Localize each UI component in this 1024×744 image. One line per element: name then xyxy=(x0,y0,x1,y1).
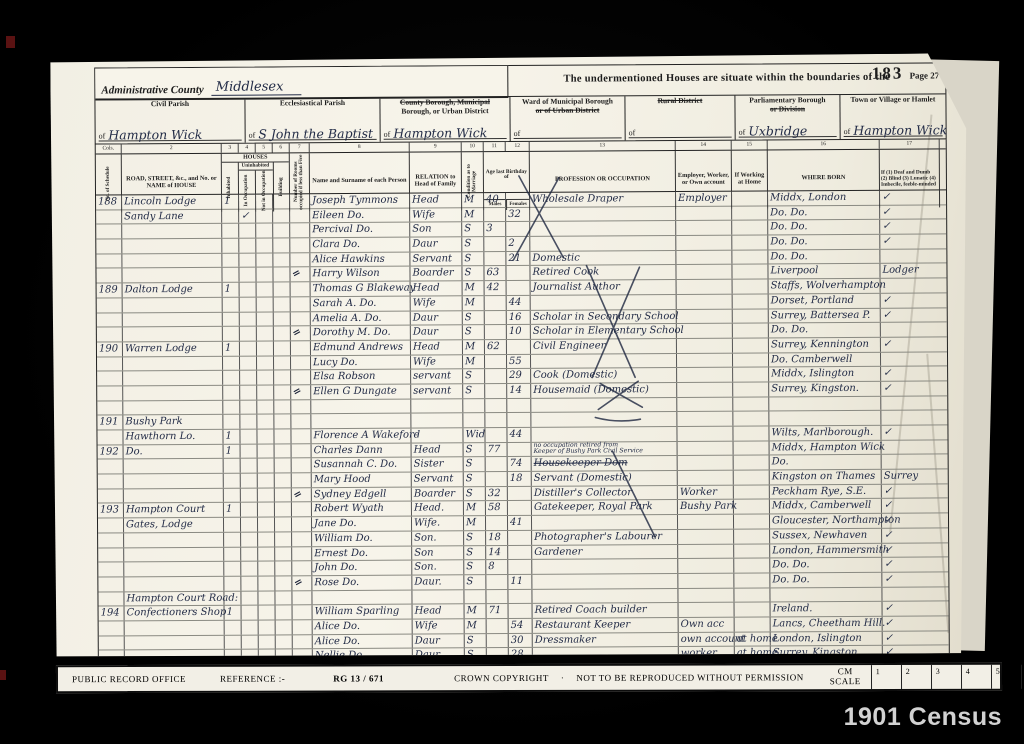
uninhabited-in-occupation-mark xyxy=(240,386,257,400)
uninhabited-in-occupation-mark xyxy=(240,356,257,370)
where-born: Do. Do. xyxy=(770,558,882,572)
header-field: Civil ParishofHampton Wick xyxy=(95,99,245,144)
reproduction-notice: NOT TO BE REPRODUCED WITHOUT PERMISSION xyxy=(576,672,803,683)
relation: Son. xyxy=(412,560,464,574)
rooms xyxy=(291,341,311,355)
uninhabited-in-occupation-mark: ✓ xyxy=(239,209,256,223)
address: Confectioners Shop xyxy=(125,606,225,620)
rooms xyxy=(293,605,313,619)
age-female xyxy=(508,560,532,574)
census-table: Cols.234567891011121314151617 No. of Sch… xyxy=(95,139,950,692)
person-name xyxy=(312,590,412,604)
occupation xyxy=(530,207,676,222)
occupation xyxy=(532,515,678,530)
age-female: 54 xyxy=(509,619,533,633)
page-stamp: 183 Page 27 xyxy=(872,63,940,83)
infirmity-mark: ✓ xyxy=(880,190,940,204)
address: Gates, Lodge xyxy=(124,518,224,532)
employer-status xyxy=(677,324,733,338)
condition xyxy=(463,413,485,427)
rooms xyxy=(292,532,312,546)
uninhabited-in-occupation-mark xyxy=(241,444,258,458)
age-male: 8 xyxy=(486,560,508,574)
rooms xyxy=(292,547,312,561)
schedule-no: 190 xyxy=(97,342,123,356)
building-mark xyxy=(276,635,293,649)
rooms xyxy=(292,503,312,517)
inhabited-mark xyxy=(223,297,240,311)
person-name: Edmund Andrews xyxy=(311,340,411,354)
age-male xyxy=(485,325,507,339)
header-field-label: Ward of Municipal Boroughor of Urban Dis… xyxy=(513,97,621,115)
infirmity-mark: ✓ xyxy=(881,425,941,439)
building-mark xyxy=(275,473,292,487)
person-name: Amelia A. Do. xyxy=(311,311,411,325)
column-number: 7 xyxy=(290,143,310,152)
employer-status xyxy=(677,339,733,353)
header-field-label: Parliamentary Boroughor Division xyxy=(738,96,836,114)
header-field-label: Civil Parish xyxy=(98,100,241,109)
person-name: Sydney Edgell xyxy=(312,487,412,501)
address: Lincoln Lodge xyxy=(122,195,222,209)
occupation: Civil Engineer xyxy=(531,339,677,354)
age-female xyxy=(508,501,532,515)
header-field-value: ofHampton Wick xyxy=(99,125,242,142)
inhabited-mark xyxy=(222,239,239,253)
building-mark xyxy=(276,606,293,620)
building-mark xyxy=(274,327,291,341)
relation: Head. xyxy=(412,502,464,516)
infirmity-mark: Surrey xyxy=(882,469,942,483)
working-at-home xyxy=(733,280,769,294)
occupation: Photographer's Labourer xyxy=(532,530,678,545)
occupation: Domestic xyxy=(530,251,676,266)
address xyxy=(122,239,222,253)
age-female xyxy=(506,222,530,236)
working-at-home xyxy=(734,559,770,573)
where-born: Do. Do. xyxy=(768,235,880,249)
infirmity-mark: ✓ xyxy=(880,205,940,219)
infirmity-mark: ✓ xyxy=(882,484,942,498)
address xyxy=(124,577,224,591)
rooms: = xyxy=(290,268,310,282)
column-number: 11 xyxy=(484,142,506,151)
working-at-home xyxy=(734,529,770,543)
employer-status xyxy=(678,588,734,602)
uninhabited-in-occupation-mark xyxy=(241,532,258,546)
uninhabited-not-occupied-mark xyxy=(258,518,275,532)
uninhabited-not-occupied-mark xyxy=(257,429,274,443)
employer-status xyxy=(677,294,733,308)
building-mark xyxy=(276,620,293,634)
inhabited-mark xyxy=(224,474,241,488)
address xyxy=(124,533,224,547)
age-male xyxy=(487,619,509,633)
working-at-home xyxy=(733,324,769,338)
age-male xyxy=(486,590,508,604)
person-name: Dorothy M. Do. xyxy=(311,326,411,340)
building-mark xyxy=(275,547,292,561)
age-male xyxy=(484,252,506,266)
rooms: = xyxy=(291,385,311,399)
condition: S xyxy=(462,252,484,266)
column-number: 13 xyxy=(530,141,676,151)
person-name: Rose Do. xyxy=(312,575,412,589)
working-at-home xyxy=(732,250,768,264)
occupation: Gatekeeper, Royal Park xyxy=(532,500,678,515)
column-number: 5 xyxy=(256,143,273,152)
public-record-office-label: PUBLIC RECORD OFFICE xyxy=(72,674,186,684)
employer-status: Bushy Park xyxy=(678,500,734,514)
employer-status xyxy=(676,250,732,264)
where-born: Do. Do. xyxy=(769,323,881,337)
occupation: Journalist Author xyxy=(531,280,677,295)
relation: Head xyxy=(413,605,465,619)
schedule-no xyxy=(98,563,124,577)
condition: M xyxy=(463,340,485,354)
address xyxy=(125,635,225,649)
rooms xyxy=(292,591,312,605)
header-field: Rural Districtof xyxy=(625,96,735,141)
address xyxy=(123,356,223,370)
rooms xyxy=(290,209,310,223)
infirmity-mark xyxy=(882,440,942,454)
age-male xyxy=(485,399,507,413)
age-female xyxy=(508,443,532,457)
schedule-no xyxy=(98,548,124,562)
working-at-home xyxy=(733,397,769,411)
working-at-home xyxy=(732,191,768,205)
building-mark xyxy=(275,503,292,517)
uninhabited-in-occupation-mark xyxy=(241,474,258,488)
inhabited-mark xyxy=(223,356,240,370)
relation: Daur xyxy=(411,311,463,325)
employer-status: Employer xyxy=(676,192,732,206)
uninhabited-not-occupied-mark xyxy=(256,239,273,253)
condition: Wid xyxy=(463,428,485,442)
employer-status xyxy=(677,280,733,294)
working-at-home xyxy=(733,353,769,367)
schedule-no xyxy=(97,401,123,415)
address xyxy=(122,254,222,268)
occupation: Servant (Domestic) xyxy=(532,471,678,486)
person-name: Mary Hood xyxy=(312,473,412,487)
condition: S xyxy=(464,443,486,457)
address: Hampton Court xyxy=(124,503,224,517)
uninhabited-not-occupied-mark xyxy=(257,283,274,297)
relation: servant xyxy=(411,370,463,384)
working-at-home xyxy=(733,309,769,323)
employer-status xyxy=(677,397,733,411)
rooms xyxy=(291,356,311,370)
building-mark xyxy=(274,415,291,429)
condition: S xyxy=(464,560,486,574)
age-female: 2 xyxy=(506,237,530,251)
inhabited-mark xyxy=(223,327,240,341)
age-female: 41 xyxy=(508,516,532,530)
employer-status xyxy=(676,265,732,279)
column-number: 14 xyxy=(676,141,732,150)
where-born: Middx, Hampton Wick xyxy=(770,440,882,454)
uninhabited-in-occupation-mark xyxy=(239,224,256,238)
where-born: Sussex, Newhaven xyxy=(770,529,882,543)
employer-status xyxy=(676,221,732,235)
infirmity-mark xyxy=(882,587,942,601)
age-female xyxy=(506,193,530,207)
header-fields-row: Civil ParishofHampton WickEcclesiastical… xyxy=(95,94,945,143)
separator-dot: · xyxy=(561,673,565,683)
red-fleck-top xyxy=(6,36,15,48)
working-at-home xyxy=(733,294,769,308)
address: Hampton Court Road: xyxy=(124,591,224,605)
occupation: Scholar in Elementary School xyxy=(531,324,677,339)
relation: Servant xyxy=(410,252,462,266)
header-field-value: ofHampton Wick xyxy=(844,120,943,137)
inhabited-mark xyxy=(223,312,240,326)
header-field: Ward of Municipal Boroughor of Urban Dis… xyxy=(510,96,625,141)
schedule-no xyxy=(99,636,125,650)
occupation: Distiller's Collector xyxy=(532,486,678,501)
column-number: 9 xyxy=(410,142,462,151)
where-born: Peckham Rye, S.E. xyxy=(770,484,882,498)
uninhabited-not-occupied-mark xyxy=(258,444,275,458)
person-name: William Do. xyxy=(312,531,412,545)
inhabited-mark xyxy=(222,224,239,238)
census-watermark: 1901 Census xyxy=(844,703,1002,732)
relation: Son xyxy=(410,223,462,237)
schedule-no xyxy=(96,269,122,283)
inhabited-mark xyxy=(224,577,241,591)
employer-status: Worker xyxy=(678,485,734,499)
uninhabited-in-occupation-mark xyxy=(241,488,258,502)
rooms xyxy=(290,253,310,267)
uninhabited-in-occupation-mark xyxy=(240,312,257,326)
person-name xyxy=(311,414,411,428)
houses-group-label: HOUSES xyxy=(222,153,289,162)
schedule-no xyxy=(96,239,122,253)
crown-copyright-label: CROWN COPYRIGHT xyxy=(454,673,549,683)
cm-scale-ruler: 123456 xyxy=(871,665,1024,689)
occupation xyxy=(532,559,678,574)
inhabited-mark xyxy=(222,268,239,282)
uninhabited-not-occupied-mark xyxy=(258,547,275,561)
schedule-no xyxy=(96,225,122,239)
scale-unit: 4 xyxy=(962,665,992,689)
age-female xyxy=(508,545,532,559)
person-name: Robert Wyath xyxy=(312,502,412,516)
infirmity-mark: ✓ xyxy=(880,220,940,234)
infirmity-mark xyxy=(882,455,942,469)
address xyxy=(124,459,224,473)
condition: M xyxy=(463,296,485,310)
condition: S xyxy=(463,325,485,339)
inhabited-mark xyxy=(225,635,242,649)
condition xyxy=(463,399,485,413)
infirmity-mark: ✓ xyxy=(883,602,943,616)
occupation: Dressmaker xyxy=(533,633,679,648)
person-name xyxy=(311,399,411,413)
building-mark xyxy=(273,209,290,223)
header-field: County Borough, MunicipalBorough, or Urb… xyxy=(380,97,510,142)
where-born: Surrey, Kingston. xyxy=(769,382,881,396)
building-mark xyxy=(273,238,290,252)
administrative-county-value: Middlesex xyxy=(212,79,302,96)
age-female: 14 xyxy=(507,384,531,398)
header-field-value: of xyxy=(629,122,732,139)
inhabited-mark xyxy=(223,400,240,414)
column-number: 17 xyxy=(880,139,940,148)
relation: Head xyxy=(412,443,464,457)
uninhabited-not-occupied-mark xyxy=(257,385,274,399)
employer-status xyxy=(677,383,733,397)
schedule-no xyxy=(97,298,123,312)
schedule-no xyxy=(97,372,123,386)
age-male: 42 xyxy=(485,281,507,295)
age-female xyxy=(509,604,533,618)
age-female xyxy=(506,266,530,280)
uninhabited-in-occupation-mark xyxy=(242,620,259,634)
employer-status xyxy=(678,515,734,529)
age-female xyxy=(508,487,532,501)
schedule-no: 194 xyxy=(99,607,125,621)
building-mark xyxy=(274,341,291,355)
where-born xyxy=(770,587,882,601)
condition: S xyxy=(465,634,487,648)
occupation xyxy=(531,427,677,442)
age-male xyxy=(486,457,508,471)
condition: M xyxy=(463,281,485,295)
occupation xyxy=(531,412,677,427)
condition: M xyxy=(463,355,485,369)
working-at-home xyxy=(734,456,770,470)
schedule-no xyxy=(98,489,124,503)
uninhabited-not-occupied-mark xyxy=(258,474,275,488)
infirmity-mark: ✓ xyxy=(883,631,943,645)
column-number: 4 xyxy=(239,144,256,153)
rooms xyxy=(292,444,312,458)
uninhabited-not-occupied-mark xyxy=(256,224,273,238)
address xyxy=(123,400,223,414)
infirmity-mark: ✓ xyxy=(881,308,941,322)
age-male xyxy=(484,237,506,251)
infirmity-mark xyxy=(880,249,940,263)
infirmity-mark: ✓ xyxy=(881,367,941,381)
uninhabited-in-occupation-mark xyxy=(241,459,258,473)
age-female xyxy=(508,531,532,545)
uninhabited-in-occupation-mark xyxy=(240,297,257,311)
building-mark xyxy=(273,253,290,267)
age-female: 44 xyxy=(507,296,531,310)
age-male: 62 xyxy=(485,340,507,354)
working-at-home xyxy=(733,382,769,396)
uninhabited-not-occupied-mark xyxy=(256,253,273,267)
working-at-home xyxy=(734,485,770,499)
condition: S xyxy=(462,267,484,281)
age-female xyxy=(507,413,531,427)
address: Warren Lodge xyxy=(123,342,223,356)
rooms xyxy=(291,415,311,429)
schedule-no xyxy=(99,621,125,635)
schedule-no xyxy=(98,460,124,474)
schedule-no: 192 xyxy=(98,445,124,459)
uninhabited-not-occupied-mark xyxy=(256,209,273,223)
working-at-home: at home xyxy=(735,632,771,646)
age-female xyxy=(507,281,531,295)
inhabited-mark: 1 xyxy=(224,503,241,517)
uninhabited-in-occupation-mark xyxy=(240,430,257,444)
address xyxy=(123,312,223,326)
address xyxy=(125,621,225,635)
header-field-handwriting: Hampton Wick xyxy=(393,125,487,141)
header-field-label: Rural District xyxy=(628,97,731,106)
building-mark xyxy=(274,429,291,443)
schedule-no: 193 xyxy=(98,504,124,518)
person-name: Thomas G Blakeway xyxy=(311,282,411,296)
schedule-no: 191 xyxy=(97,416,123,430)
inhabited-mark xyxy=(224,591,241,605)
uninhabited-not-occupied-mark xyxy=(259,620,276,634)
employer-status xyxy=(678,529,734,543)
age-female: 18 xyxy=(508,472,532,486)
building-mark xyxy=(275,459,292,473)
schedule-no xyxy=(98,592,124,606)
where-born: Do. Do. xyxy=(770,573,882,587)
age-male xyxy=(484,208,506,222)
working-at-home xyxy=(735,603,771,617)
reference-number: RG 13 / 671 xyxy=(333,673,384,683)
building-mark xyxy=(275,591,292,605)
uninhabited-not-occupied-mark xyxy=(257,297,274,311)
rooms xyxy=(291,282,311,296)
condition: S xyxy=(464,472,486,486)
column-number: 12 xyxy=(506,142,530,151)
uninhabited-in-occupation-mark xyxy=(242,606,259,620)
uninhabited-in-occupation-mark xyxy=(241,547,258,561)
uninhabited-label: Uninhabited xyxy=(238,162,272,170)
employer-status xyxy=(677,309,733,323)
header-field-label: Town or Village or Hamlet xyxy=(843,95,942,104)
stamp-number: 183 xyxy=(872,64,904,83)
column-headers: No. of Schedule ROAD, STREET, &c., and N… xyxy=(96,149,946,195)
employer-status xyxy=(678,441,734,455)
relation: Head xyxy=(411,281,463,295)
relation xyxy=(412,590,464,604)
inhabited-mark xyxy=(224,547,241,561)
uninhabited-in-occupation-mark xyxy=(241,562,258,576)
uninhabited-in-occupation-mark xyxy=(241,591,258,605)
occupation: Retired Cook xyxy=(530,265,676,280)
rooms: = xyxy=(292,576,312,590)
column-number: 10 xyxy=(462,142,484,151)
address xyxy=(122,268,222,282)
age-male xyxy=(485,384,507,398)
employer-status xyxy=(677,412,733,426)
where-born: Liverpool xyxy=(768,264,880,278)
working-at-home xyxy=(734,500,770,514)
inhabited-mark: 1 xyxy=(223,283,240,297)
working-at-home xyxy=(732,236,768,250)
rooms xyxy=(290,224,310,238)
condition: S xyxy=(463,369,485,383)
column-number: 16 xyxy=(768,140,880,150)
uninhabited-in-occupation-mark xyxy=(241,576,258,590)
inhabited-mark xyxy=(222,253,239,267)
building-mark xyxy=(274,356,291,370)
where-born: Middx, Camberwell xyxy=(770,499,882,513)
working-at-home xyxy=(733,412,769,426)
rooms xyxy=(292,561,312,575)
relation: Wife. xyxy=(412,516,464,530)
